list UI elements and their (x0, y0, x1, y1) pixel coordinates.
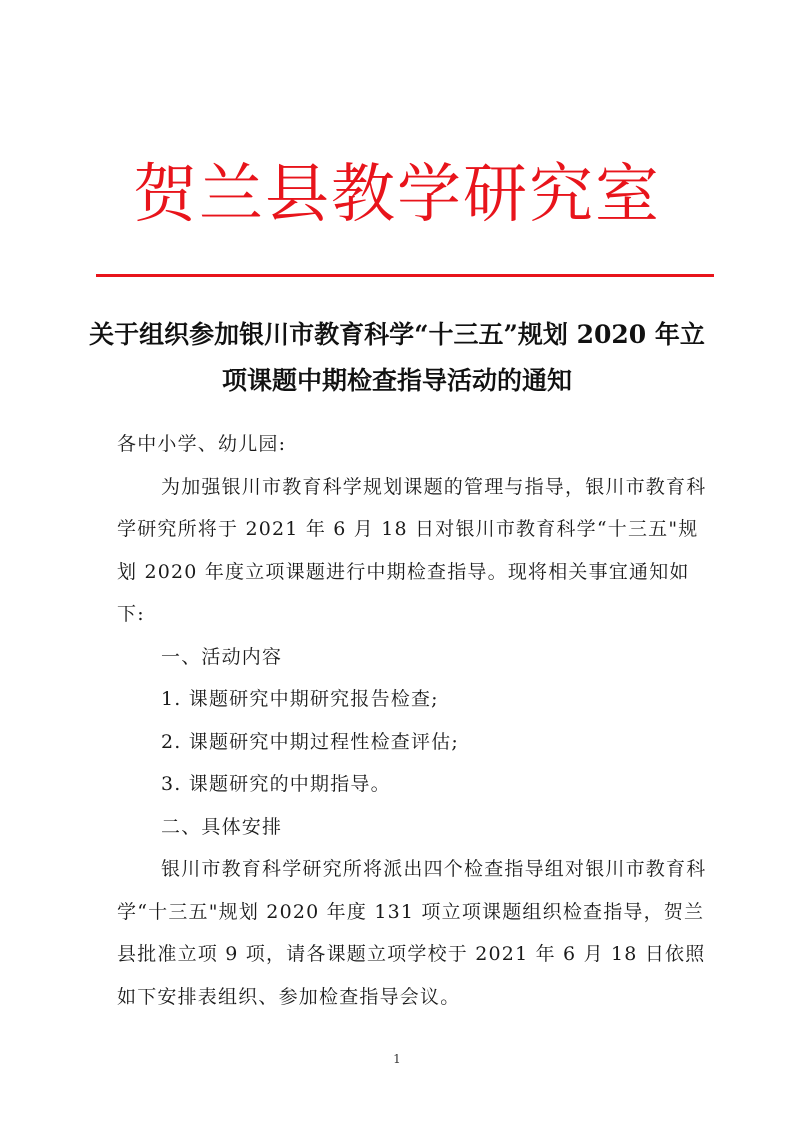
masthead-org-name: 贺兰县教学研究室 (0, 150, 794, 240)
list-item: 2. 课题研究中期过程性检查评估; (117, 721, 717, 764)
list-item: 1. 课题研究中期研究报告检查; (117, 678, 717, 721)
intro-paragraph: 为加强银川市教育科学规划课题的管理与指导，银川市教育科学研究所将于 2021 年… (117, 466, 717, 636)
section-heading-activities: 一、活动内容 (117, 636, 717, 679)
title-line-1: 关于组织参加银川市教育科学“十三五”规划 2020 年立 (80, 312, 714, 358)
document-body: 各中小学、幼儿园: 为加强银川市教育科学规划课题的管理与指导，银川市教育科学研究… (117, 423, 717, 1018)
page-number: 1 (0, 1052, 794, 1066)
list-item: 3. 课题研究的中期指导。 (117, 763, 717, 806)
title-line-2: 项课题中期检查指导活动的通知 (80, 358, 714, 404)
document-title: 关于组织参加银川市教育科学“十三五”规划 2020 年立 项课题中期检查指导活动… (80, 312, 714, 404)
salutation: 各中小学、幼儿园: (117, 423, 717, 466)
masthead-divider (96, 274, 714, 277)
arrangements-paragraph: 银川市教育科学研究所将派出四个检查指导组对银川市教育科学“十三五"规划 2020… (117, 848, 717, 1018)
section-heading-arrangements: 二、具体安排 (117, 806, 717, 849)
